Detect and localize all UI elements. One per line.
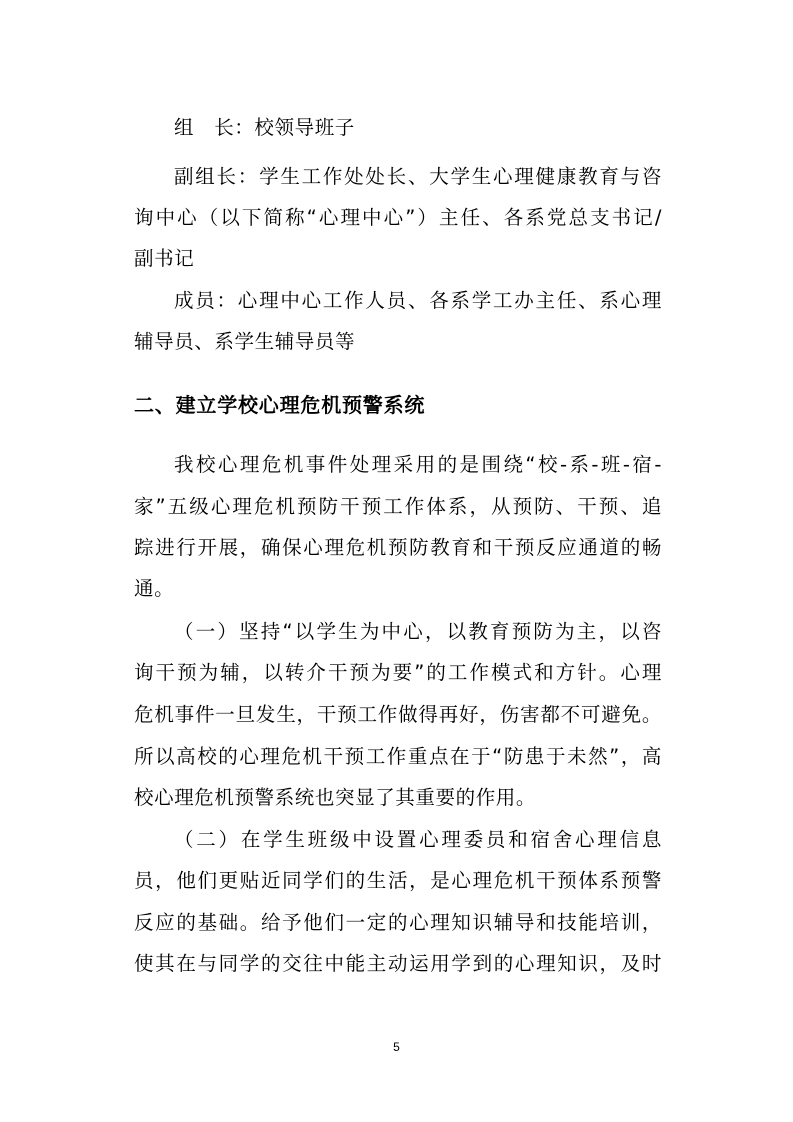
paragraph-line: 家”五级心理危机预防干预工作体系，从预防、干预、追 [134,495,662,519]
paragraph-line: 所以高校的心理危机干预工作重点在于“防患于未然”，高 [134,745,662,769]
section-heading: 二、建立学校心理危机预警系统 [134,393,425,417]
paragraph-line: 副书记 [134,247,662,271]
page-number: 5 [0,1040,793,1054]
paragraph-line: （一）坚持“以学生为中心，以教育预防为主，以咨 [174,620,662,644]
paragraph-line: 踪进行开展，确保心理危机预防教育和干预反应通道的畅 [134,536,662,560]
paragraph-line: 成员：心理中心工作人员、各系学工办主任、系心理 [174,289,662,313]
paragraph-line: 组 长：校领导班子 [174,116,662,140]
paragraph-line: 询中心（以下简称“心理中心”）主任、各系党总支书记/ [134,206,662,230]
paragraph-line: 反应的基础。给予他们一定的心理知识辅导和技能培训， [134,911,662,935]
paragraph-line: 辅导员、系学生辅导员等 [134,330,662,354]
paragraph-line: （二）在学生班级中设置心理委员和宿舍心理信息 [174,828,662,852]
paragraph-line: 危机事件一旦发生，干预工作做得再好，伤害都不可避免。 [134,703,662,727]
paragraph-line: 校心理危机预警系统也突显了其重要的作用。 [134,786,662,810]
paragraph-line: 询干预为辅，以转介干预为要”的工作模式和方针。心理 [134,661,662,685]
paragraph-line: 通。 [134,577,662,601]
paragraph-line: 员，他们更贴近同学们的生活，是心理危机干预体系预警 [134,869,662,893]
paragraph-line: 使其在与同学的交往中能主动运用学到的心理知识，及时 [134,952,662,976]
paragraph-line: 副组长：学生工作处处长、大学生心理健康教育与咨 [174,165,662,189]
document-page: 组 长：校领导班子副组长：学生工作处处长、大学生心理健康教育与咨询中心（以下简称… [0,0,793,1122]
paragraph-line: 我校心理危机事件处理采用的是围绕“校-系-班-宿- [174,453,662,477]
